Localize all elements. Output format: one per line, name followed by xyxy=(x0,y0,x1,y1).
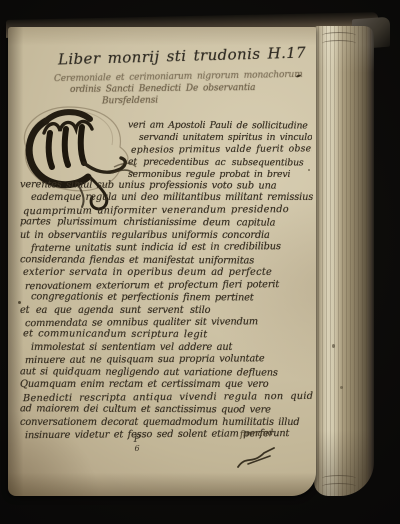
manuscript-text-line: aut si quidquam negligendo aut variation… xyxy=(20,366,314,380)
manuscript-text-line: partes plurissimum christianissime deum … xyxy=(20,217,314,231)
text-block-main: verentes simul sub unius professionis vo… xyxy=(20,180,314,442)
stacked-page-edge xyxy=(322,32,356,39)
ink-speck xyxy=(340,386,343,389)
text-block-indented: veri am Apostoli Pauli de sollicitudines… xyxy=(128,120,312,181)
subtitle-line: ordinis Sancti Benedicti De observantia xyxy=(70,84,255,95)
paraph-flourish xyxy=(234,443,280,473)
ink-speck xyxy=(308,169,310,171)
manuscript-text-line: et communicandum scriptura legit xyxy=(20,329,314,343)
manuscript-text-line: ad maiorem dei cultum et sanctissimus qu… xyxy=(20,403,314,417)
quire-signature: P 6 xyxy=(130,435,144,453)
manuscript-text-line: ephesios primitus valde fuerit observant… xyxy=(128,144,312,158)
quire-numeral: 6 xyxy=(130,444,144,453)
quire-letter: P xyxy=(130,435,144,444)
book-fore-edge xyxy=(314,26,374,496)
manuscript-text-line: Quamquam enim rectam et certissimam que … xyxy=(20,379,314,391)
manuscript-photo: Liber monrij sti trudonis H.17 Ceremonia… xyxy=(0,0,400,524)
manuscript-text-line: eademque regula uni deo militantibus mil… xyxy=(20,192,314,204)
subtitle-line: Ceremoniale et cerimoniarum nigrorum mon… xyxy=(54,71,303,84)
ownership-inscription: Liber monrij sti trudonis H.17 xyxy=(58,46,306,68)
manuscript-text-line: congregationis et perfectionis finem per… xyxy=(20,291,314,305)
stacked-page-edge xyxy=(322,483,356,490)
ink-speck xyxy=(332,344,335,348)
stacked-page-edge xyxy=(322,40,356,47)
manuscript-text-line: et precedentibus ac subsequentibus xyxy=(128,156,312,169)
manuscript-text-line: exterior servata in operibus deum ad per… xyxy=(20,267,314,279)
manuscript-text-line: et ea que agenda sunt servent stilo xyxy=(20,305,314,317)
stacked-page-edge xyxy=(322,475,356,482)
manuscript-text-line: consideranda fiendas et manifestat unifo… xyxy=(20,254,314,268)
ink-speck xyxy=(18,301,21,304)
catchword: firmand xyxy=(240,429,274,439)
manuscript-text-line: veri am Apostoli Pauli de sollicitudine xyxy=(128,120,312,133)
manuscript-text-line: verentes simul sub unius professionis vo… xyxy=(20,179,314,193)
manuscript-page: Liber monrij sti trudonis H.17 Ceremonia… xyxy=(8,27,316,496)
